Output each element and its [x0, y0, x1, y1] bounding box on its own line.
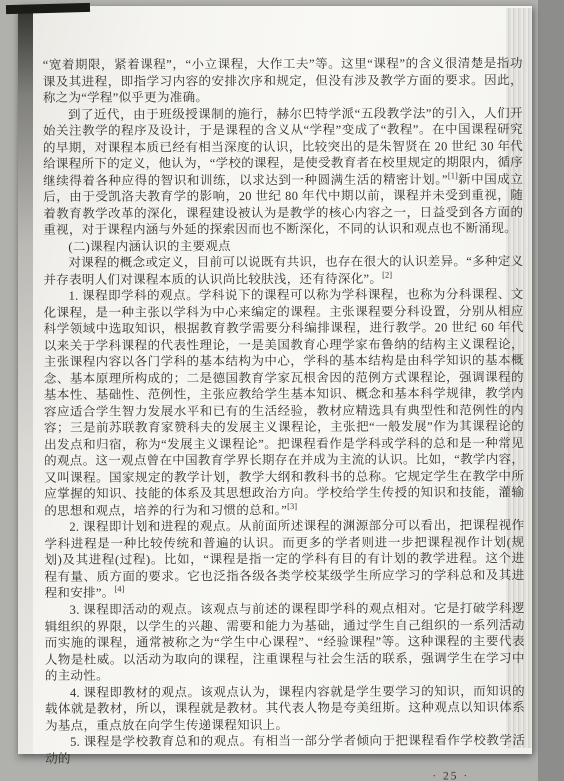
- paragraph: 对课程的概念或定义，目前可以说既有共识，也存在很大的认识差异。“多种定义并存表明…: [43, 253, 523, 288]
- paragraph: 5. 课程是学校教育总和的观点。有相当一部分学者倾向于把课程看作学校教学活动的: [45, 732, 525, 767]
- book-page-paper: “宽着期限，紧着课程”，“小立课程，大作工夫”等。这里“课程”的含义很清楚是指功…: [18, 6, 532, 754]
- paragraph: 1. 课程即学科的观点。学科说下的课程可以称为学科课程，也称为分科课程、文化课程…: [44, 286, 525, 519]
- paragraph: 4. 课程即教材的观点。该观点认为，课程内容就是学生要学习的知识，而知识的载体就…: [45, 683, 525, 734]
- paragraph: 2. 课程即计划和进程的观点。从前面所述课程的渊源部分可以看出，把课程视作学科进…: [44, 518, 524, 602]
- scan-background-right: [538, 0, 564, 781]
- section-heading: (二)课程内涵认识的主要观点: [43, 237, 523, 255]
- footnote-marker: [4]: [114, 584, 124, 594]
- footnote-marker: [3]: [287, 501, 297, 511]
- page-text: “宽着期限，紧着课程”，“小立课程，大作工夫”等。这里“课程”的含义很清楚是指功…: [43, 55, 526, 781]
- spine-shadow: [18, 6, 33, 754]
- paragraph: “宽着期限，紧着课程”，“小立课程，大作工夫”等。这里“课程”的含义很清楚是指功…: [43, 55, 523, 106]
- paragraph: 3. 课程即活动的观点。该观点与前述的课程即学科的观点相对。它是打破学科逻辑组织…: [45, 600, 525, 684]
- scanned-book-page: { "scan": { "page_number": "· 25 ·" }, "…: [0, 0, 564, 781]
- footnote-marker: [1]: [448, 170, 458, 180]
- page-number: · 25 ·: [45, 768, 525, 781]
- footnote-marker: [2]: [382, 269, 392, 279]
- paragraph: 到了近代，由于班级授课制的施行，赫尔巴特学派“五段教学法”的引入，人们开始关注教…: [43, 105, 523, 239]
